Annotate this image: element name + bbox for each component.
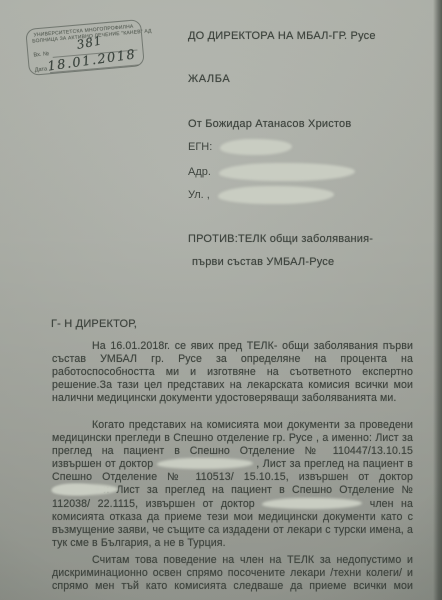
recipient-line: ДО ДИРЕКТОРА НА МБАЛ-ГР. Русе: [188, 30, 376, 42]
entry-number-label: Вх. №: [33, 51, 49, 59]
text-segment: член на: [370, 498, 413, 510]
text-segment: 112038/ 22.1115, извършен от доктор: [52, 498, 255, 510]
against-line2: първи състав УМБАЛ-Русе: [192, 256, 334, 268]
text-line: състав УМБАЛ гр. Русе за определяне на п…: [52, 353, 413, 366]
text-line: работоспособността ми и изготвяне на съо…: [52, 366, 413, 379]
text-line: 112038/ 22.1115, извършен от доктор член…: [52, 498, 413, 511]
text-line: На 16.01.2018г. се явих пред ТЕЛК- общи …: [52, 340, 413, 353]
address-row: Адр.: [188, 163, 355, 181]
text-segment: и Лист за преглед на пациент в Спешно От…: [103, 484, 413, 496]
address-label: Адр.: [188, 166, 211, 178]
text-line: преглед на пациент в Спешно Отделение № …: [52, 445, 413, 458]
text-line: комисията отказа да приеме тези мои меди…: [52, 511, 413, 524]
egn-row: ЕГН:: [188, 139, 292, 155]
paragraph-2: Когато представих на комисията мои докум…: [52, 419, 413, 550]
hospital-intake-stamp: УНИВЕРСИТЕТСКА МНОГОПРОФИЛНА БОЛНИЦА ЗА …: [25, 19, 145, 76]
text-segment: извършен от доктор: [52, 458, 153, 470]
text-line: Считам това поведение на член на ТЕЛК за…: [52, 554, 413, 567]
redaction-blob-doctor-3: [262, 498, 362, 509]
street-row: Ул. ,: [188, 186, 334, 204]
text-line: спрямо мен тъй като комисията следваше д…: [52, 580, 413, 593]
text-line: възмущение заяви, че същите са издадени …: [52, 524, 413, 537]
text-line: налични медицински документи удостоверяв…: [52, 392, 413, 405]
date-label: Дата: [35, 66, 48, 74]
paragraph-3: Считам това поведение на член на ТЕЛК за…: [52, 554, 413, 593]
redaction-blob-doctor-1: [157, 458, 253, 469]
text-line: решение.За тази цел представих на лекарс…: [52, 379, 413, 392]
paragraph-1: На 16.01.2018г. се явих пред ТЕЛК- общи …: [52, 340, 413, 405]
redaction-blob-street: [218, 186, 334, 204]
document-type-title: ЖАЛБА: [188, 73, 230, 85]
street-label: Ул. ,: [188, 189, 210, 201]
text-line: Когато представих на комисията мои докум…: [52, 419, 413, 432]
salutation: Г- Н ДИРЕКТОР,: [51, 318, 137, 330]
against-line1: ПРОТИВ:ТЕЛК общи заболявания-: [188, 233, 373, 245]
text-line: извършен от доктор , Лист за преглед на …: [52, 458, 413, 471]
document-photo: УНИВЕРСИТЕТСКА МНОГОПРОФИЛНА БОЛНИЦА ЗА …: [0, 0, 442, 600]
redaction-blob-address: [219, 163, 355, 181]
egn-label: ЕГН:: [188, 141, 212, 153]
letter-page: УНИВЕРСИТЕТСКА МНОГОПРОФИЛНА БОЛНИЦА ЗА …: [0, 0, 442, 600]
text-line: дискриминационно освен спрямо посочените…: [52, 567, 413, 580]
text-line: медицински прегледи в Спешно отделение г…: [52, 432, 413, 445]
text-line: Спешно Отделение № 110513/ 15.10.15, изв…: [52, 471, 413, 484]
text-segment: Спешно Отделение № 110513/ 15.10.15, изв…: [52, 471, 413, 483]
text-segment: , Лист за преглед на пациент в: [256, 458, 413, 470]
redaction-blob-egn: [220, 139, 292, 155]
text-line: тук сме в България, а не в Турция.: [52, 537, 413, 550]
page-edge-shadow: [433, 0, 442, 600]
from-line: От Божидар Атанасов Христов: [188, 118, 351, 130]
